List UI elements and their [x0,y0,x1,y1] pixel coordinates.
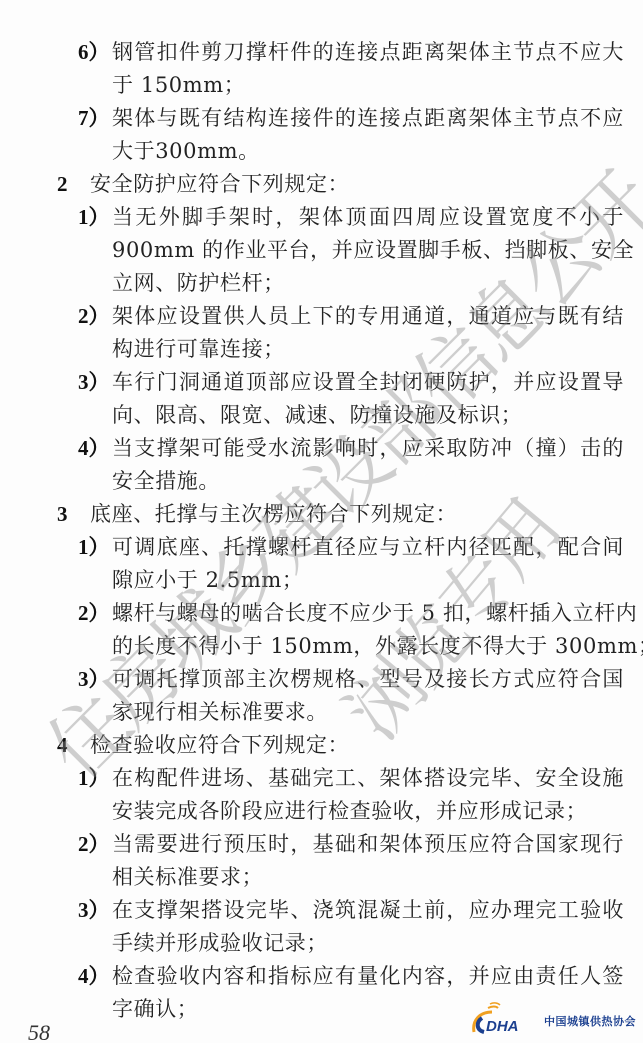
clause-line: 安装完成各阶段应进行检查验收，并应形成记录； [0,795,643,828]
clause-text: 钢管扣件剪刀撑杆件的连接点距离架体主节点不应大 [112,36,624,69]
item-number: 2） [78,300,110,333]
clause-line: 立网、防护栏杆； [0,267,643,300]
section-text: 检查验收应符合下列规定： [90,729,349,762]
section-number: 3 [57,498,68,531]
item-number: 3） [78,366,110,399]
clause-text: 向、限高、限宽、减速、防撞设施及标识； [112,399,624,432]
clause-text: 当支撑架可能受水流影响时，应采取防冲（撞）击的 [112,432,624,465]
item-number: 1） [78,201,110,234]
clause-text: 安全措施。 [112,465,624,498]
clause-text: 立网、防护栏杆； [112,267,624,300]
clause-text: 架体应设置供人员上下的专用通道，通道应与既有结 [112,300,624,333]
clause-line: 3）车行门洞通道顶部应设置全封闭硬防护，并应设置导 [0,366,643,399]
section-heading: 4检查验收应符合下列规定： [0,729,643,762]
clause-text: 安装完成各阶段应进行检查验收，并应形成记录； [112,795,624,828]
clause-line: 900mm 的作业平台，并应设置脚手板、挡脚板、安全 [0,234,643,267]
clause-text: 于 150mm； [112,69,624,102]
item-number: 4） [78,960,110,993]
clause-line: 隙应小于 2.5mm； [0,564,643,597]
clause-line: 2）当需要进行预压时，基础和架体预压应符合国家现行 [0,828,643,861]
clause-line: 大于300mm。 [0,135,643,168]
document-page: 6）钢管扣件剪刀撑杆件的连接点距离架体主节点不应大 于 150mm； 7）架体与… [0,0,643,1043]
clause-line: 4）当支撑架可能受水流影响时，应采取防冲（撞）击的 [0,432,643,465]
clause-text: 可调托撑顶部主次楞规格、型号及接长方式应符合国 [112,663,624,696]
section-heading: 3底座、托撑与主次楞应符合下列规定： [0,498,643,531]
item-number: 3） [78,894,110,927]
clause-line: 4）检查验收内容和指标应有量化内容，并应由责任人签 [0,960,643,993]
clause-line: 2）螺杆与螺母的啮合长度不应少于 5 扣，螺杆插入立杆内 [0,597,643,630]
item-number: 3） [78,663,110,696]
clause-line: 于 150mm； [0,69,643,102]
clause-text: 车行门洞通道顶部应设置全封闭硬防护，并应设置导 [112,366,624,399]
clause-text: 当需要进行预压时，基础和架体预压应符合国家现行 [112,828,624,861]
logo-org-name: 中国城镇供热协会 [544,1013,636,1029]
clause-line: 7）架体与既有结构连接件的连接点距离架体主节点不应 [0,102,643,135]
item-number: 2） [78,828,110,861]
item-number: 1） [78,762,110,795]
clause-line: 向、限高、限宽、减速、防撞设施及标识； [0,399,643,432]
clause-text: 相关标准要求； [112,861,624,894]
clause-line: 相关标准要求； [0,861,643,894]
section-number: 4 [57,729,68,762]
section-text: 安全防护应符合下列规定： [90,168,349,201]
clause-text: 螺杆与螺母的啮合长度不应少于 5 扣，螺杆插入立杆内 [112,597,624,630]
clause-text: 手续并形成验收记录； [112,927,624,960]
clause-line: 构进行可靠连接； [0,333,643,366]
clause-text: 家现行相关标准要求。 [112,696,624,729]
clause-line: 家现行相关标准要求。 [0,696,643,729]
clause-line: 的长度不得小于 150mm，外露长度不得大于 300mm； [0,630,643,663]
section-heading: 2安全防护应符合下列规定： [0,168,643,201]
clause-text: 900mm 的作业平台，并应设置脚手板、挡脚板、安全 [112,234,624,267]
clause-line: 3）在支撑架搭设完毕、浇筑混凝土前，应办理完工验收 [0,894,643,927]
clause-line: 6）钢管扣件剪刀撑杆件的连接点距离架体主节点不应大 [0,36,643,69]
clause-text: 的长度不得小于 150mm，外露长度不得大于 300mm； [112,630,624,663]
clause-line: 手续并形成验收记录； [0,927,643,960]
clause-text: 当无外脚手架时，架体顶面四周应设置宽度不小于 [112,201,624,234]
clause-line: 1）当无外脚手架时，架体顶面四周应设置宽度不小于 [0,201,643,234]
clause-text: 在支撑架搭设完毕、浇筑混凝土前，应办理完工验收 [112,894,624,927]
item-number: 4） [78,432,110,465]
section-number: 2 [57,168,68,201]
item-number: 2） [78,597,110,630]
clause-text: 在构配件进场、基础完工、架体搭设完毕、安全设施 [112,762,624,795]
item-number: 6） [78,36,110,69]
clause-text: 可调底座、托撑螺杆直径应与立杆内径匹配，配合间 [112,531,624,564]
clause-text: 架体与既有结构连接件的连接点距离架体主节点不应 [112,102,624,135]
cdha-logo-icon: DHA [470,1000,540,1036]
cdha-logo: DHA 中国城镇供热协会 [470,1000,636,1036]
item-number: 7） [78,102,110,135]
clause-line: 1）在构配件进场、基础完工、架体搭设完毕、安全设施 [0,762,643,795]
section-text: 底座、托撑与主次楞应符合下列规定： [90,498,457,531]
clause-text: 隙应小于 2.5mm； [112,564,624,597]
item-number: 1） [78,531,110,564]
svg-text:DHA: DHA [486,1018,519,1035]
clause-text: 构进行可靠连接； [112,333,624,366]
page-number: 58 [28,1020,50,1043]
clause-line: 1）可调底座、托撑螺杆直径应与立杆内径匹配，配合间 [0,531,643,564]
clause-text: 大于300mm。 [112,135,624,168]
clause-line: 3）可调托撑顶部主次楞规格、型号及接长方式应符合国 [0,663,643,696]
page-body: 6）钢管扣件剪刀撑杆件的连接点距离架体主节点不应大 于 150mm； 7）架体与… [0,36,643,1026]
clause-text: 检查验收内容和指标应有量化内容，并应由责任人签 [112,960,624,993]
clause-line: 安全措施。 [0,465,643,498]
clause-line: 2）架体应设置供人员上下的专用通道，通道应与既有结 [0,300,643,333]
